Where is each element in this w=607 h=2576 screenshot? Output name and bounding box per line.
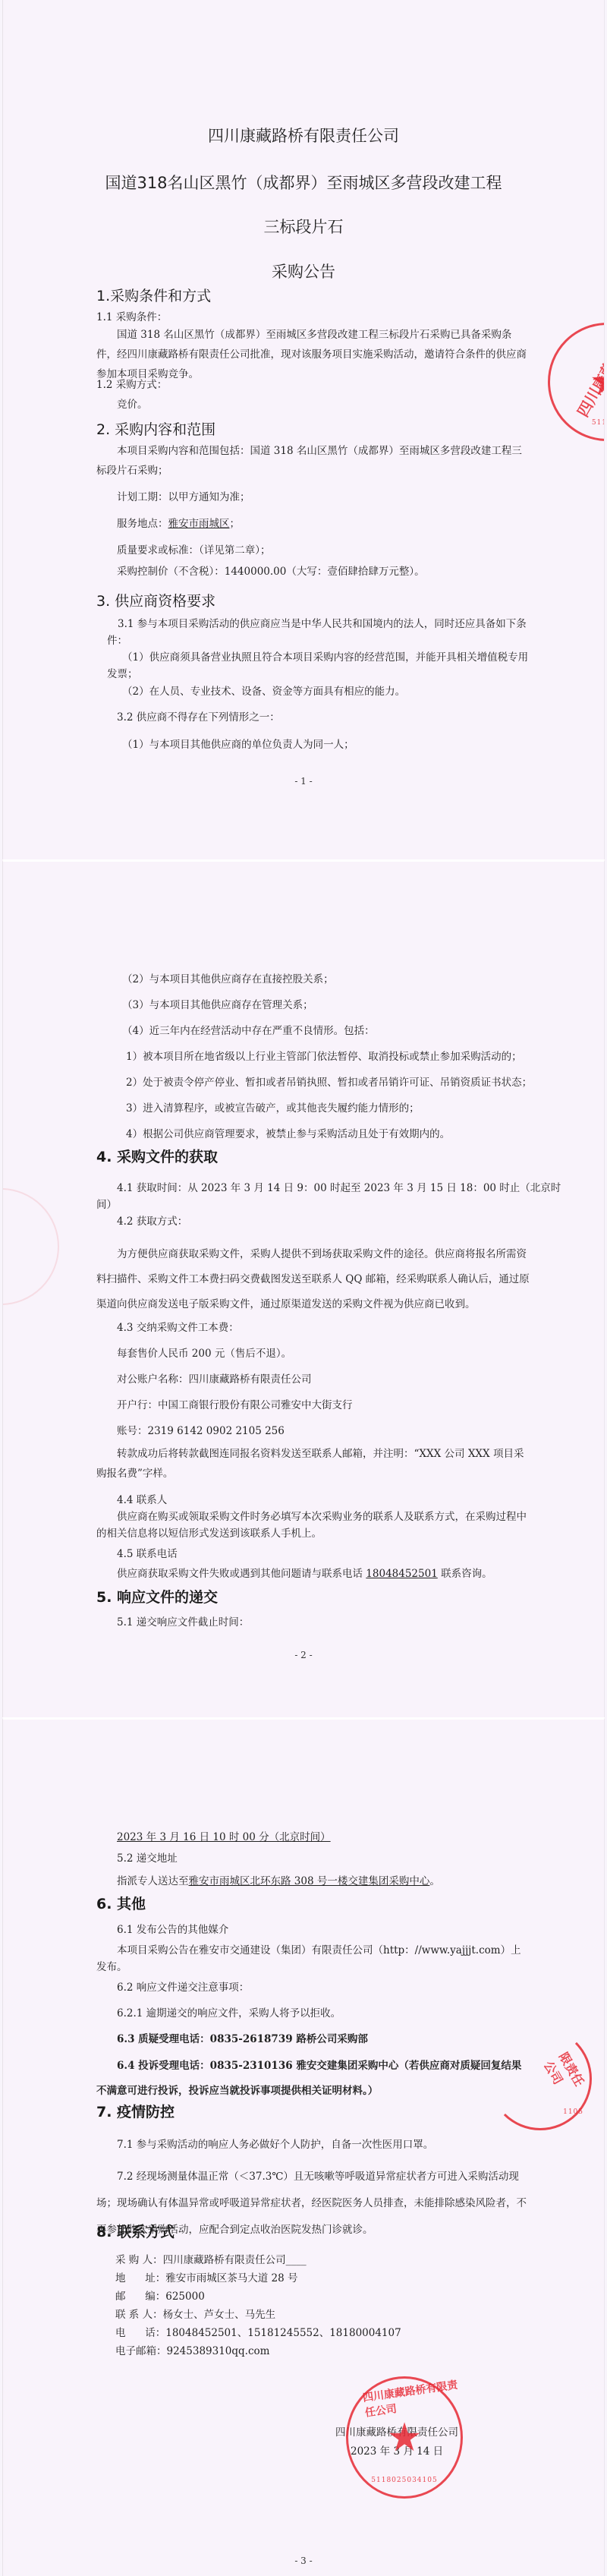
section8-heading: 8. 联系方式 (96, 2221, 175, 2241)
contact-row-person: 联 系 人：杨女士、芦女士、马先生 (115, 2306, 401, 2324)
account-number: 账号：2319 6142 0902 2105 256 (117, 1422, 285, 1437)
s4-2-label: 4.2 获取方式： (117, 1212, 187, 1228)
s1-1-label: 1.1 采购条件： (96, 308, 167, 323)
contact-row-phone: 电 话：18048452501、15181245552、18180004107 (115, 2324, 401, 2342)
s3-2-sub-1: 1）被本项目所在地省级以上行业主管部门依法暂停、取消投标或禁止参加采购活动的； (126, 1048, 522, 1063)
section3-heading: 3. 供应商资格要求 (96, 590, 215, 610)
contact-row-email: 电子邮箱：9245389310qq.com (115, 2342, 401, 2360)
submission-deadline: 2023 年 3 月 16 日 10 时 00 分（北京时间） (117, 1828, 331, 1843)
account-name: 对公账户名称：四川康藏路桥有限责任公司 (117, 1370, 312, 1386)
section5-heading: 5. 响应文件的递交 (96, 1586, 218, 1606)
lot-title: 三标段片石 (3, 215, 604, 238)
contact-phone-link[interactable]: 18048452501 (366, 1568, 437, 1580)
s3-2-item-4: （4）近三年内在经营活动中存在严重不良情形。包括： (122, 1022, 375, 1037)
address-prefix: 指派专人送达至 (117, 1875, 189, 1887)
page-number-2: - 2 - (3, 1650, 604, 1660)
s4-4-label: 4.4 联系人 (117, 1491, 167, 1506)
s6-2-label: 6.2 响应文件递交注意事项： (117, 1979, 249, 1994)
section4-heading: 4. 采购文件的获取 (96, 1146, 218, 1166)
document-page-1: 四川康藏路桥有限责任公司 国道318名山区黑竹（成都界）至雨城区多营段改建工程 … (2, 0, 605, 859)
bank-name: 开户行：中国工商银行股份有限公司雅安中大街支行 (117, 1396, 353, 1411)
s6-4: 6.4 投诉受理电话：0835-2310136 雅安交建集团采购中心（若供应商对… (96, 2054, 530, 2104)
location-end: ； (230, 518, 241, 530)
s3-1-item-2: （2）在人员、专业技术、设备、资金等方面具有相应的能力。 (122, 683, 405, 698)
s5-1-label: 5.1 递交响应文件截止时间： (117, 1613, 249, 1629)
transfer-note: 转款成功后将转款截图连同报名资料发送至联系人邮箱，并注明：“XXX 公司 XXX… (96, 1444, 530, 1483)
s6-3: 6.3 质疑受理电话：0835-2618739 路桥公司采购部 (117, 2030, 368, 2045)
contact-label: 电子邮箱： (115, 2345, 167, 2357)
stamp-edge-code: 1105 (491, 2108, 583, 2116)
stamp-sign-code: 5118025034105 (348, 2477, 461, 2484)
announcement-title: 采购公告 (3, 260, 604, 282)
s3-2-sub-2: 2）处于被责令停产停业、暂扣或者吊销执照、暂扣或者吊销许可证、吊销资质证书状态； (126, 1074, 532, 1089)
s3-2-item-2: （2）与本项目其他供应商存在直接控股关系； (122, 970, 334, 985)
section2-heading: 2. 采购内容和范围 (96, 418, 215, 439)
signature-date: 2023 年 3 月 14 日 (351, 2442, 443, 2458)
stamp-edge-text: 限责任公司 (540, 2049, 593, 2106)
section7-heading: 7. 疫情防控 (96, 2101, 175, 2121)
contact-row-purchaser: 采 购 人：四川康藏路桥有限责任公司____ (115, 2251, 401, 2269)
contact-value: 杨女士、芦女士、马先生 (163, 2309, 276, 2321)
s4-2-text: 为方便供应商获取采购文件，采购人提供不到场获取采购文件的途径。供应商将报名所需资… (96, 1242, 530, 1317)
contact-label: 地 址： (115, 2272, 165, 2284)
contact-row-postcode: 邮 编：625000 (115, 2288, 401, 2306)
s2-control-price: 采购控制价（不含税）：1440000.00（大写：壹佰肆拾肆万元整）。 (117, 563, 425, 578)
s2-quality: 质量要求或标准：（详见第二章）； (117, 541, 271, 557)
s4-1-line2: 间） (96, 1196, 117, 1211)
s4-5-prefix: 供应商获取采购文件失败或遇到其他问题请与联系电话 (117, 1568, 366, 1580)
contact-phone-value[interactable]: 18048452501、15181245552、18180004107 (165, 2327, 401, 2339)
submission-address: 指派专人送达至雅安市雨城区北环东路 308 号一楼交建集团采购中心。 (117, 1872, 440, 1887)
s2-location: 服务地点：雅安市雨城区； (117, 515, 240, 530)
s3-1-item-1: （1）供应商须具备营业执照且符合本项目采购内容的经营范围，并能开具相关增值税专用… (107, 649, 530, 683)
document-page-3: 2023 年 3 月 16 日 10 时 00 分（北京时间） 5.2 递交地址… (2, 1717, 605, 2576)
page-number-1: - 1 - (3, 776, 604, 787)
company-title: 四川康藏路桥有限责任公司 (3, 124, 604, 147)
s3-2-sub-4: 4）根据公司供应商管理要求，被禁止参与采购活动且处于有效期内的。 (126, 1125, 450, 1140)
s2-scope-line2: 标段片石采购； (96, 462, 168, 477)
s7-1: 7.1 参与采购活动的响应人务必做好个人防护，自备一次性医用口罩。 (117, 2136, 433, 2151)
s6-1-text: 本项目采购公告在雅安市交通建设（集团）有限责任公司（http：//www.yaj… (96, 1942, 530, 1975)
s3-2-sub-3: 3）进入清算程序，或被宣告破产，或其他丧失履约能力情形的； (126, 1099, 420, 1115)
contact-value: 四川康藏路桥有限责任公司____ (163, 2254, 307, 2266)
s5-2-label: 5.2 递交地址 (117, 1849, 178, 1865)
contact-label: 联 系 人： (115, 2309, 163, 2321)
s4-5-suffix: 联系咨询。 (438, 1568, 492, 1580)
address-suffix: 。 (429, 1875, 440, 1887)
s3-2-label: 3.2 供应商不得存在下列情形之一： (117, 708, 280, 724)
section6-heading: 6. 其他 (96, 1893, 146, 1913)
s1-2-label: 1.2 采购方式： (96, 376, 167, 391)
contact-label: 邮 编： (115, 2291, 165, 2303)
s4-5-label: 4.5 联系电话 (117, 1545, 178, 1560)
s3-1-text: 3.1 参与本项目采购活动的供应商应当是中华人民共和国境内的法人，同时还应具备如… (107, 616, 530, 649)
faint-stamp-impression (2, 1188, 59, 1305)
contact-list: 采 购 人：四川康藏路桥有限责任公司____ 地 址：雅安市雨城区茶马大道 28… (115, 2251, 401, 2360)
stamp-text: 四川康藏路桥 (571, 330, 605, 420)
contact-label: 电 话： (115, 2327, 165, 2339)
contact-row-address: 地 址：雅安市雨城区茶马大道 28 号 (115, 2269, 401, 2288)
s4-4-text: 供应商在购买或领取采购文件时务必填写本次采购业务的联系人及联系方式，在采购过程中… (96, 1509, 530, 1542)
fee-text: 每套售价人民币 200 元（售后不退）。 (117, 1345, 291, 1360)
s2-scope-line1: 本项目采购内容和范围包括：国道 318 名山区黑竹（成都界）至雨城区多营段改建工… (117, 442, 522, 457)
location-label: 服务地点： (117, 518, 168, 530)
signature-company: 四川康藏路桥有限责任公司 (335, 2423, 458, 2439)
s6-1-label: 6.1 发布公告的其他媒介 (117, 1921, 228, 1936)
contact-value: 雅安市雨城区茶马大道 28 号 (165, 2272, 297, 2284)
contact-value: 625000 (165, 2291, 205, 2303)
address-value: 雅安市雨城区北环东路 308 号一楼交建集团采购中心 (189, 1875, 430, 1887)
s4-3-label: 4.3 交纳采购文件工本费： (117, 1319, 239, 1334)
star-icon: ★ (590, 362, 605, 402)
page-number-3: - 3 - (3, 2556, 604, 2566)
s4-5-text: 供应商获取采购文件失败或遇到其他问题请与联系电话 18048452501 联系咨… (117, 1565, 492, 1580)
contact-email-value[interactable]: 9245389310qq.com (167, 2345, 270, 2357)
s6-2-1: 6.2.1 逾期递交的响应文件，采购人将予以拒收。 (117, 2004, 341, 2019)
s3-2-item-3: （3）与本项目其他供应商存在管理关系； (122, 996, 313, 1011)
stamp-code: 511802 (550, 419, 605, 427)
s3-2-item-1: （1）与本项目其他供应商的单位负责人为同一人； (122, 736, 354, 751)
project-title: 国道318名山区黑竹（成都界）至雨城区多营段改建工程 (3, 171, 604, 194)
location-value: 雅安市雨城区 (168, 518, 230, 530)
s4-1-line1: 4.1 获取时间：从 2023 年 3 月 14 日 9：00 时起至 2023… (117, 1179, 561, 1194)
s1-2-text: 竞价。 (117, 396, 148, 411)
company-seal-stamp: 四川康藏路桥 ★ 511802 (548, 323, 605, 441)
document-page-2: （2）与本项目其他供应商存在直接控股关系； （3）与本项目其他供应商存在管理关系… (2, 859, 605, 1717)
section1-heading: 1.采购条件和方式 (96, 285, 211, 305)
contact-label: 采 购 人： (115, 2254, 163, 2266)
s2-schedule: 计划工期：以甲方通知为准； (117, 488, 250, 503)
stamp-sign-text: 四川康藏路桥有限责任公司 (362, 2376, 462, 2420)
